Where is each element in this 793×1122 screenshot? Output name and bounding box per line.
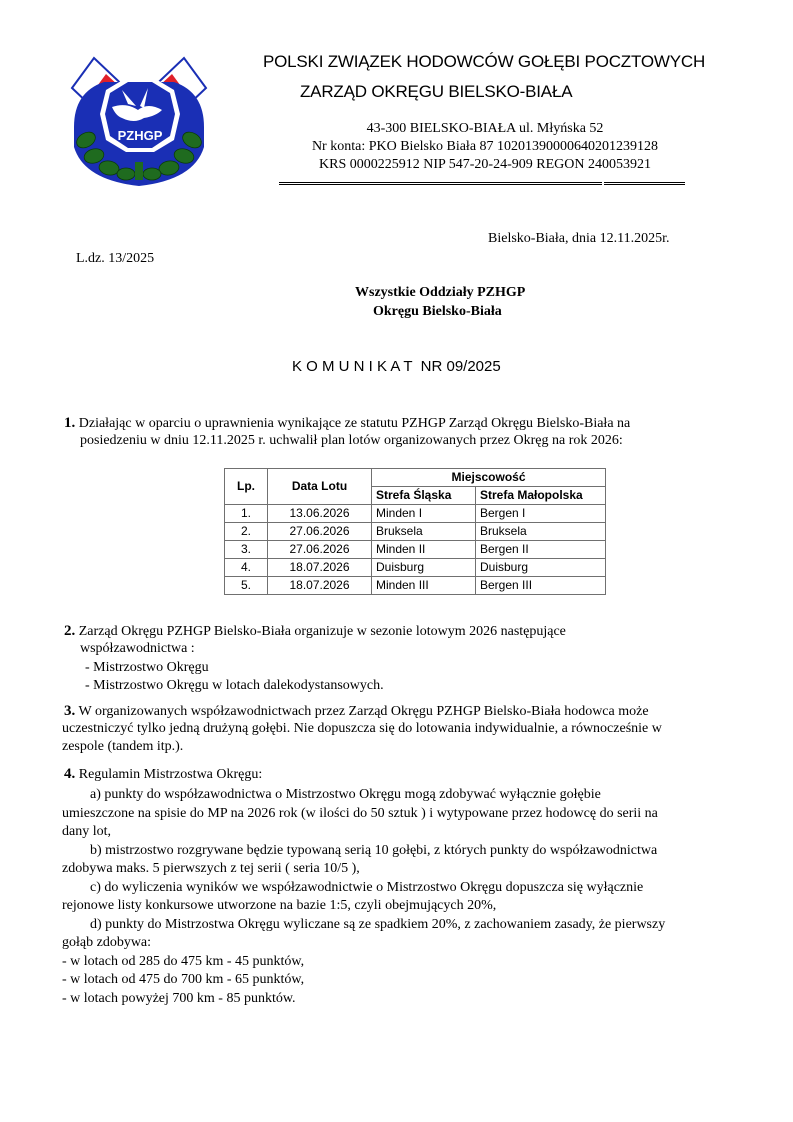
rule-a-line2: umieszczone na spisie do MP na 2026 rok … (62, 805, 658, 823)
section-3-line1: W organizowanych współzawodnictwach prze… (79, 704, 649, 719)
section-1-line1: Działając w oparciu o uprawnienia wynika… (79, 416, 631, 431)
place-date: Bielsko-Biała, dnia 12.11.2025r. (488, 230, 669, 248)
rule-c-line1: c) do wyliczenia wyników we współzawodni… (90, 879, 643, 897)
cell-date: 27.06.2026 (268, 541, 372, 559)
bank-account: Nr konta: PKO Bielsko Biała 87 102013900… (270, 139, 700, 155)
rule-b-line2: zdobywa maks. 5 pierwszych z tej serii (… (62, 860, 360, 878)
cell-zone2: Bergen III (476, 577, 606, 595)
section-2-line2: współzawodnictwa : (80, 640, 195, 658)
cell-lp: 4. (225, 559, 268, 577)
logo-text: PZHGP (118, 128, 163, 143)
cell-lp: 1. (225, 505, 268, 523)
ref-number: L.dz. 13/2025 (76, 250, 154, 268)
flights-table: Lp. Data Lotu Miejscowość Strefa Śląska … (224, 468, 606, 595)
cell-zone2: Bergen I (476, 505, 606, 523)
cell-lp: 2. (225, 523, 268, 541)
points-item: - w lotach od 475 do 700 km - 65 punktów… (62, 971, 304, 989)
table-row: 3.27.06.2026Minden IIBergen II (225, 541, 606, 559)
section-2-line1: Zarząd Okręgu PZHGP Bielsko-Biała organi… (79, 624, 566, 639)
communique-title: K O M U N I K A T NR 09/2025 (292, 358, 501, 375)
table-row: 4.18.07.2026DuisburgDuisburg (225, 559, 606, 577)
section-3: 3. W organizowanych współzawodnictwach p… (64, 702, 649, 721)
section-1: 1. Działając w oparciu o uprawnienia wyn… (64, 414, 630, 433)
cell-date: 27.06.2026 (268, 523, 372, 541)
table-row: 5.18.07.2026Minden IIIBergen III (225, 577, 606, 595)
cell-zone1: Minden III (372, 577, 476, 595)
header-lp: Lp. (225, 469, 268, 505)
section-4-heading: Regulamin Mistrzostwa Okręgu: (79, 767, 263, 782)
cell-zone2: Bruksela (476, 523, 606, 541)
cell-zone1: Bruksela (372, 523, 476, 541)
cell-zone2: Duisburg (476, 559, 606, 577)
points-item: - w lotach od 285 do 475 km - 45 punktów… (62, 953, 304, 971)
rule-c-line2: rejonowe listy konkursowe utworzone na b… (62, 897, 496, 915)
registry-numbers: KRS 0000225912 NIP 547-20-24-909 REGON 2… (270, 157, 700, 173)
cell-lp: 3. (225, 541, 268, 559)
cell-zone2: Bergen II (476, 541, 606, 559)
section-3-number: 3. (64, 703, 75, 719)
recipient-line2: Okręgu Bielsko-Biała (373, 304, 502, 320)
header-date: Data Lotu (268, 469, 372, 505)
org-name: POLSKI ZWIĄZEK HODOWCÓW GOŁĘBI POCZTOWYC… (263, 52, 705, 72)
cell-date: 18.07.2026 (268, 577, 372, 595)
section-2-number: 2. (64, 623, 75, 639)
cell-date: 13.06.2026 (268, 505, 372, 523)
recipient-line1: Wszystkie Oddziały PZHGP (355, 285, 525, 301)
header-zone2: Strefa Małopolska (476, 487, 606, 505)
cell-zone1: Minden I (372, 505, 476, 523)
rule-a-line3: dany lot, (62, 823, 111, 841)
section-2: 2. Zarząd Okręgu PZHGP Bielsko-Biała org… (64, 622, 566, 641)
section-1-number: 1. (64, 415, 75, 431)
rule-b-line1: b) mistrzostwo rozgrywane będzie typowan… (90, 842, 657, 860)
rule-d-line1: d) punkty do Mistrzostwa Okręgu wyliczan… (90, 916, 665, 934)
section-4-number: 4. (64, 766, 75, 782)
rule-d-line2: gołąb zdobywa: (62, 934, 151, 952)
header-place: Miejscowość (372, 469, 606, 487)
pzhgp-logo: PZHGP (64, 52, 214, 192)
section-2-item: - Mistrzostwo Okręgu w lotach dalekodyst… (85, 677, 384, 695)
address: 43-300 BIELSKO-BIAŁA ul. Młyńska 52 (270, 121, 700, 137)
rule-a-line1: a) punkty do współzawodnictwa o Mistrzos… (90, 786, 601, 804)
header-double-rule-right (604, 182, 685, 185)
cell-date: 18.07.2026 (268, 559, 372, 577)
section-1-line2: posiedzeniu w dniu 12.11.2025 r. uchwali… (80, 432, 623, 450)
section-3-line3: zespole (tandem itp.). (62, 738, 183, 756)
table-row: 2.27.06.2026BrukselaBruksela (225, 523, 606, 541)
section-3-line2: uczestniczyć tylko jedną drużyną gołębi.… (62, 720, 662, 738)
cell-zone1: Duisburg (372, 559, 476, 577)
section-2-item: - Mistrzostwo Okręgu (85, 659, 209, 677)
points-item: - w lotach powyżej 700 km - 85 punktów. (62, 990, 296, 1008)
district-board-title: ZARZĄD OKRĘGU BIELSKO-BIAŁA (300, 82, 572, 102)
section-4: 4. Regulamin Mistrzostwa Okręgu: (64, 765, 262, 784)
table-row: 1.13.06.2026Minden IBergen I (225, 505, 606, 523)
cell-zone1: Minden II (372, 541, 476, 559)
header-zone1: Strefa Śląska (372, 487, 476, 505)
header-double-rule-left (279, 182, 602, 185)
cell-lp: 5. (225, 577, 268, 595)
